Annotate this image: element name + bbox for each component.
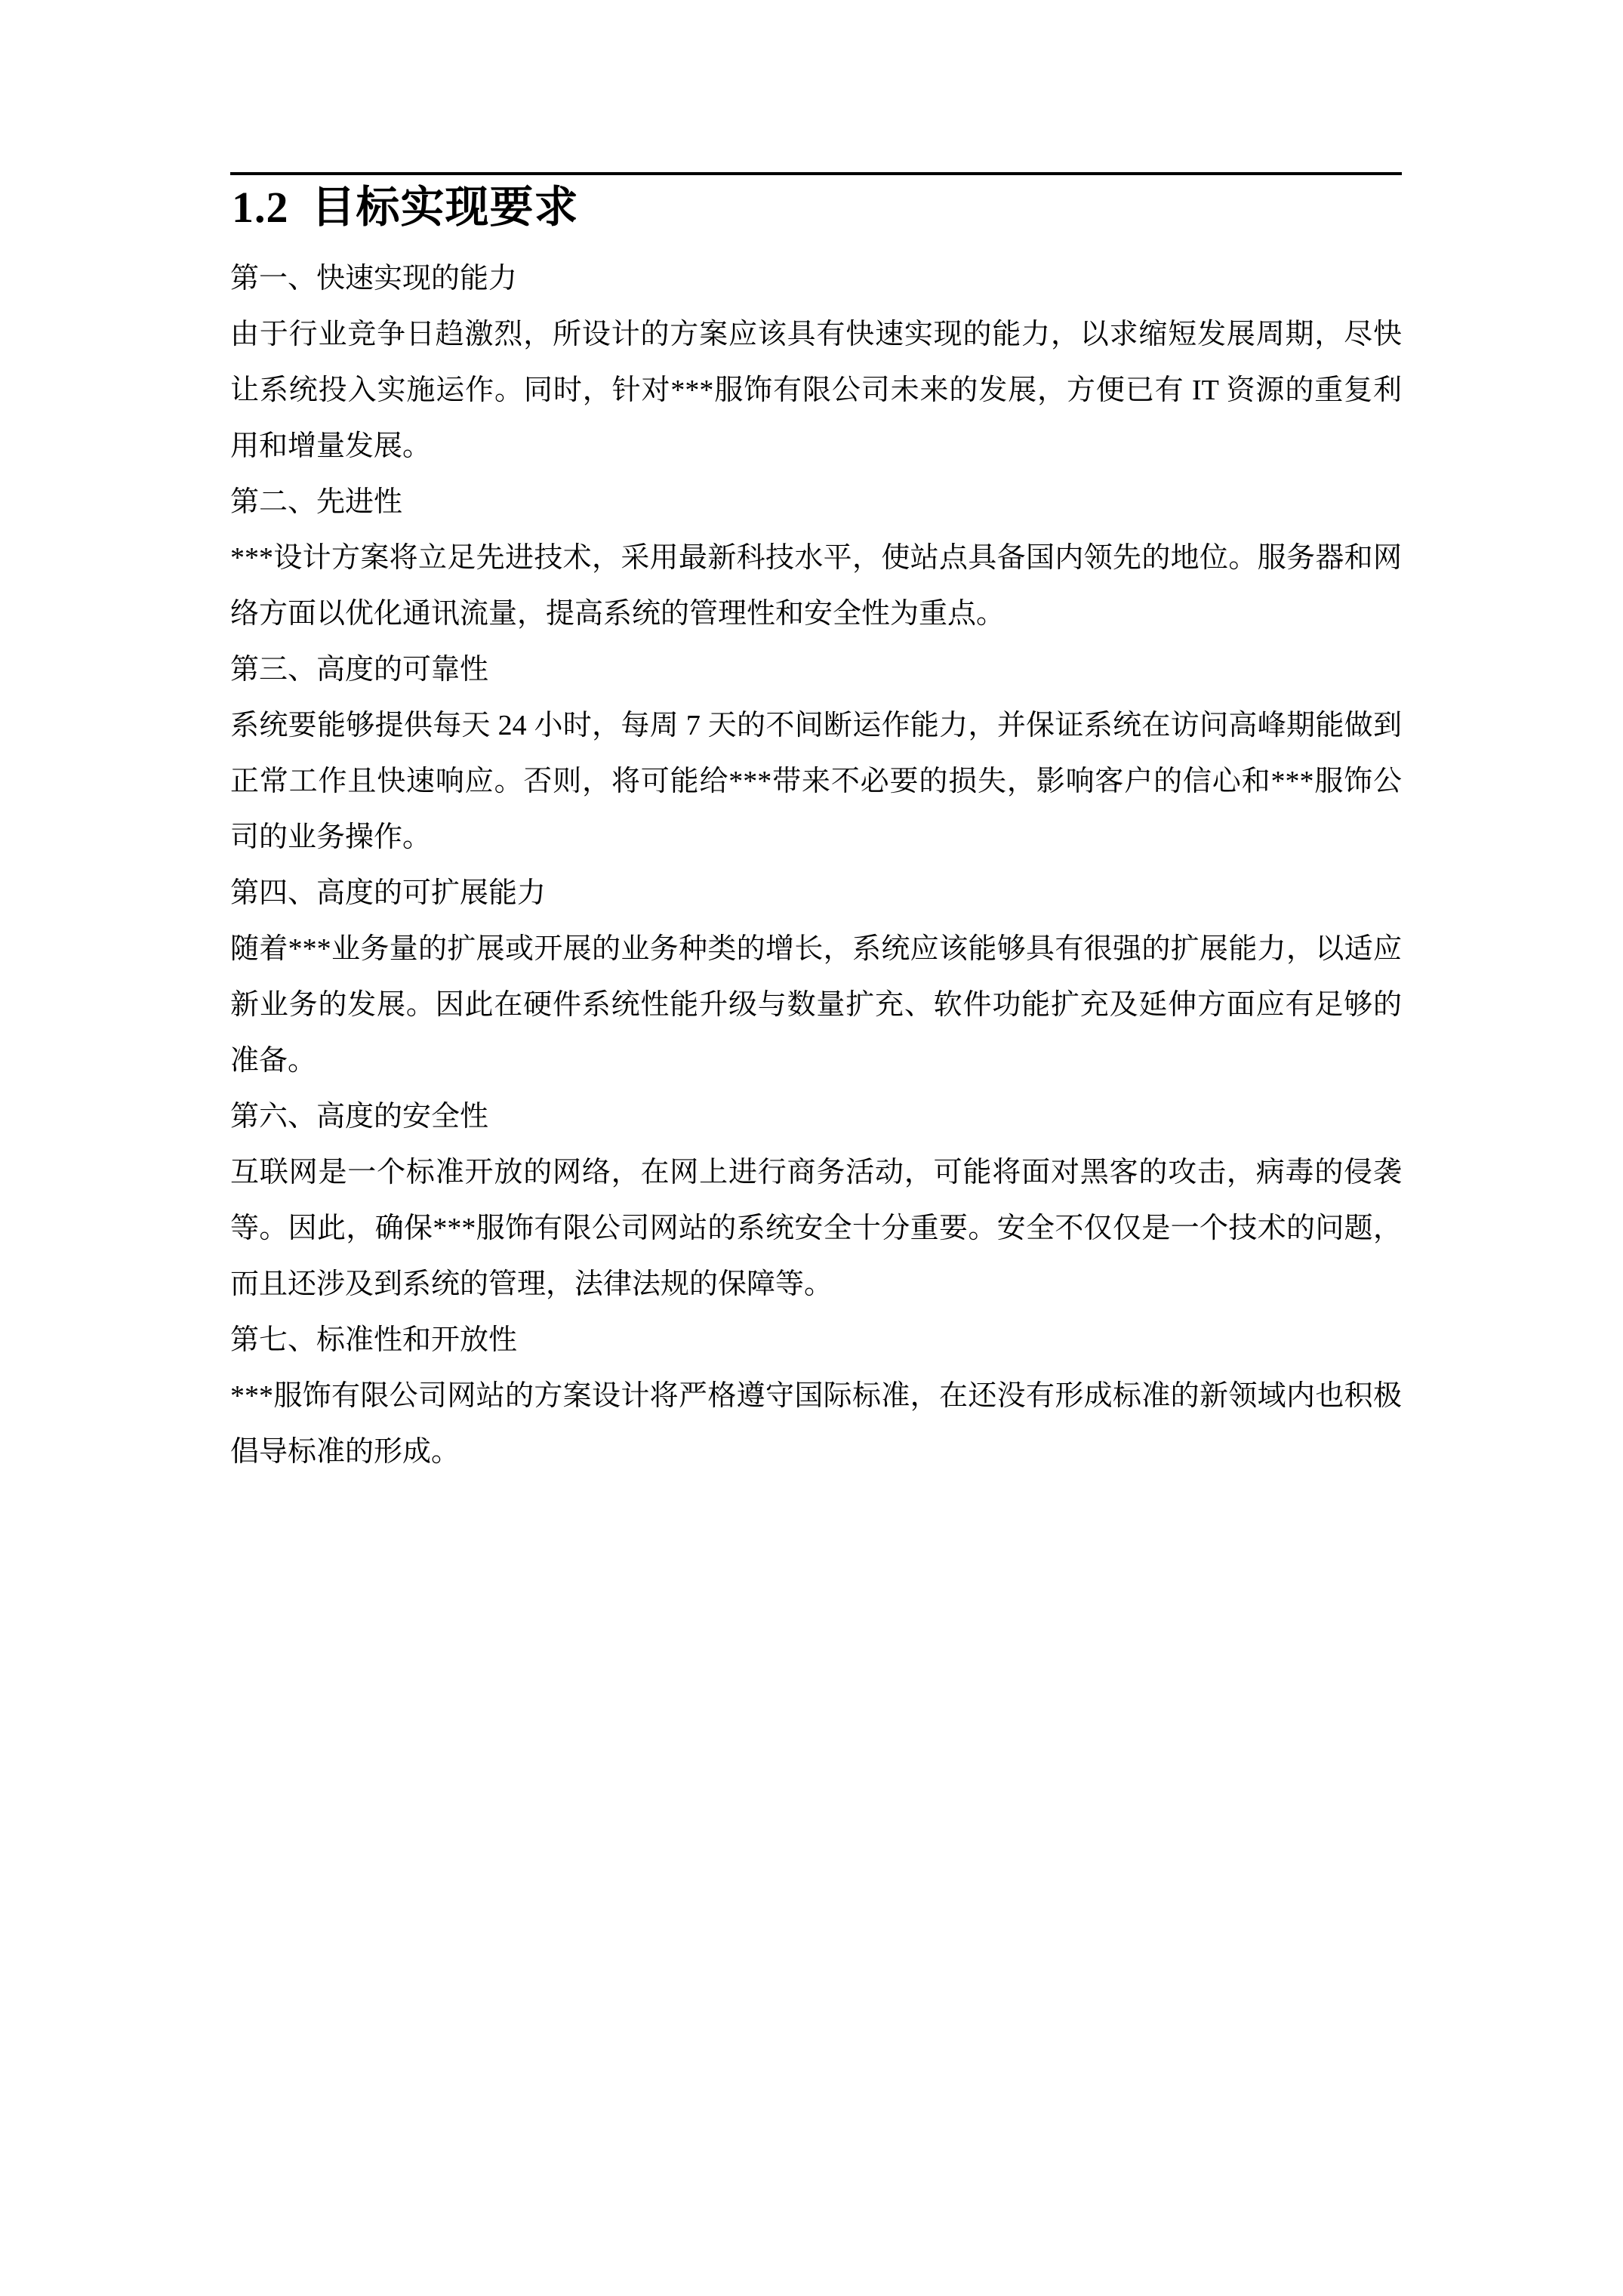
section-body: 由于行业竞争日趋激烈，所设计的方案应该具有快速实现的能力，以求缩短发展周期，尽快… xyxy=(230,307,1402,474)
heading-number: 1.2 xyxy=(232,183,289,232)
section-subtitle: 第六、高度的安全性 xyxy=(230,1089,1402,1145)
heading-title: 目标实现要求 xyxy=(312,183,579,232)
section-body: 随着***业务量的扩展或开展的业务种类的增长，系统应该能够具有很强的扩展能力，以… xyxy=(230,921,1402,1089)
section-subtitle: 第三、高度的可靠性 xyxy=(230,642,1402,698)
sections-container: 第一、快速实现的能力 由于行业竞争日趋激烈，所设计的方案应该具有快速实现的能力，… xyxy=(230,251,1402,1480)
section-subtitle: 第四、高度的可扩展能力 xyxy=(230,865,1402,921)
section-subtitle: 第一、快速实现的能力 xyxy=(230,251,1402,307)
requirement-section: 第二、先进性 ***设计方案将立足先进技术，采用最新科技水平，使站点具备国内领先… xyxy=(230,474,1402,642)
section-body: ***设计方案将立足先进技术，采用最新科技水平，使站点具备国内领先的地位。服务器… xyxy=(230,530,1402,642)
section-body: ***服饰有限公司网站的方案设计将严格遵守国际标准，在还没有形成标准的新领域内也… xyxy=(230,1368,1402,1480)
requirement-section: 第六、高度的安全性 互联网是一个标准开放的网络，在网上进行商务活动，可能将面对黑… xyxy=(230,1089,1402,1312)
requirement-section: 第七、标准性和开放性 ***服饰有限公司网站的方案设计将严格遵守国际标准，在还没… xyxy=(230,1312,1402,1480)
section-body: 系统要能够提供每天 24 小时，每周 7 天的不间断运作能力，并保证系统在访问高… xyxy=(230,698,1402,865)
requirement-section: 第四、高度的可扩展能力 随着***业务量的扩展或开展的业务种类的增长，系统应该能… xyxy=(230,865,1402,1089)
requirement-section: 第一、快速实现的能力 由于行业竞争日趋激烈，所设计的方案应该具有快速实现的能力，… xyxy=(230,251,1402,474)
section-subtitle: 第七、标准性和开放性 xyxy=(230,1312,1402,1368)
document-content: 1.2目标实现要求 第一、快速实现的能力 由于行业竞争日趋激烈，所设计的方案应该… xyxy=(230,172,1402,1480)
page-title: 1.2目标实现要求 xyxy=(232,183,1402,233)
section-subtitle: 第二、先进性 xyxy=(230,474,1402,530)
heading-rule xyxy=(230,172,1402,175)
section-body: 互联网是一个标准开放的网络，在网上进行商务活动，可能将面对黑客的攻击，病毒的侵袭… xyxy=(230,1145,1402,1312)
requirement-section: 第三、高度的可靠性 系统要能够提供每天 24 小时，每周 7 天的不间断运作能力… xyxy=(230,642,1402,865)
